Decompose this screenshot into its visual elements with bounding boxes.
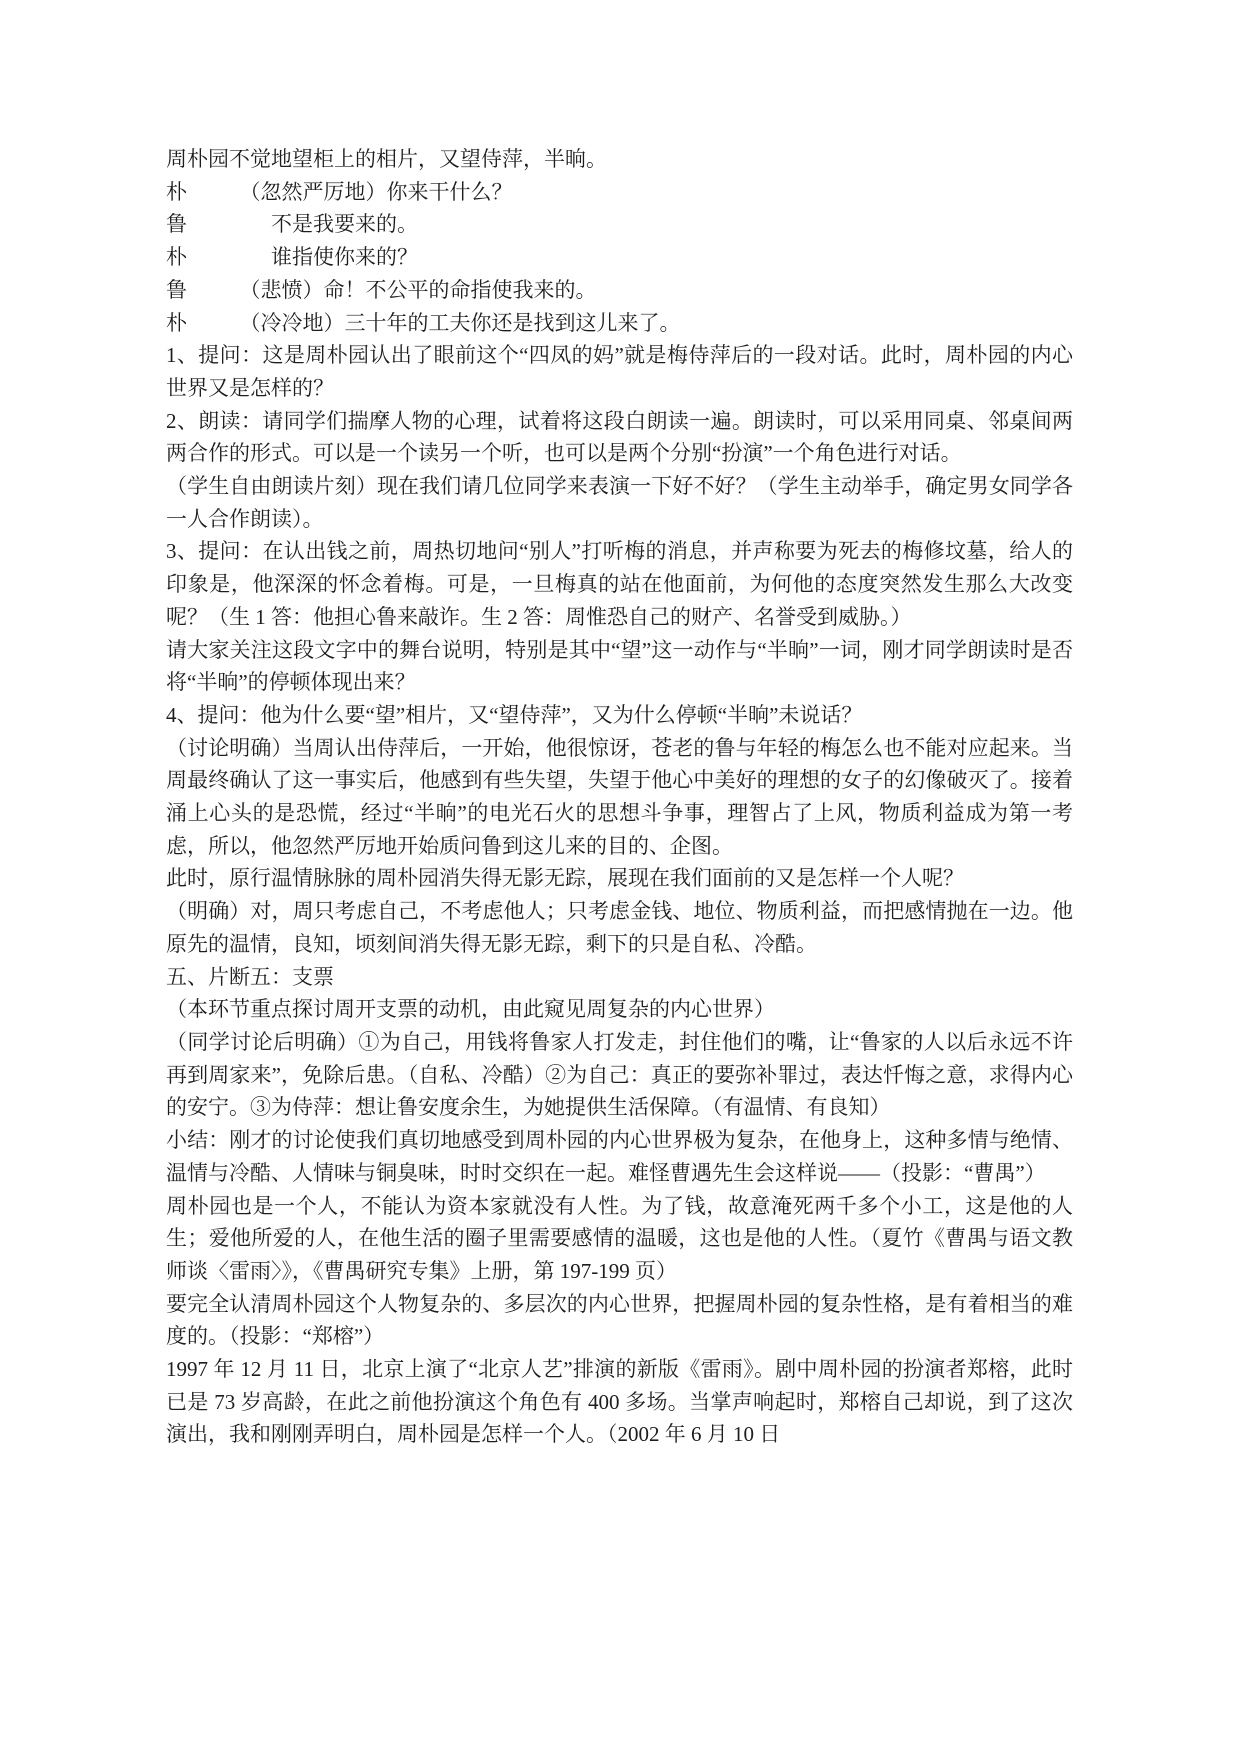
discussion-clarification: （讨论明确）当周认出侍萍后，一开始，他很惊讶，苍老的鲁与年轻的梅怎么也不能对应起… (166, 732, 1073, 863)
classroom-note: （学生自由朗读片刻）现在我们请几位同学来表演一下好不好？（学生主动举手，确定男女… (166, 470, 1073, 535)
question-item-1: 1、提问：这是周朴园认出了眼前这个“四凤的妈”就是梅侍萍后的一段对话。此时，周朴… (166, 339, 1073, 404)
dialogue-line-lu-2: 鲁 （悲愤）命！不公平的命指使我来的。 (166, 274, 1073, 307)
stage-direction: 周朴园不觉地望柜上的相片，又望侍萍，半晌。 (166, 143, 1073, 176)
stage-direction-prompt: 请大家关注这段文字中的舞台说明，特别是其中“望”这一动作与“半晌”一词，刚才同学… (166, 634, 1073, 699)
section-purpose-note: （本环节重点探讨周开支票的动机，由此窥见周复杂的内心世界） (166, 993, 1073, 1026)
zhengrong-anecdote: 1997 年 12 月 11 日，北京上演了“北京人艺”排演的新版《雷雨》。剧中… (166, 1353, 1073, 1451)
teacher-clarification: （明确）对，周只考虑自己，不考虑他人；只考虑金钱、地位、物质利益，而把感情抛在一… (166, 895, 1073, 960)
dialogue-line-pu-3: 朴 （冷冷地）三十年的工夫你还是找到这儿来了。 (166, 307, 1073, 340)
transition-question: 此时，原行温情脉脉的周朴园消失得无影无踪，展现在我们面前的又是怎样一个人呢？ (166, 862, 1073, 895)
lesson-summary: 小结：刚才的讨论使我们真切地感受到周朴园的内心世界极为复杂，在他身上，这种多情与… (166, 1124, 1073, 1189)
document-page: 周朴园不觉地望柜上的相片，又望侍萍，半晌。 朴 （忽然严厉地）你来干什么？ 鲁 … (0, 0, 1241, 1754)
dialogue-line-pu-1: 朴 （忽然严厉地）你来干什么？ (166, 176, 1073, 209)
discussion-points-list: （同学讨论后明确）①为自己，用钱将鲁家人打发走，封住他们的嘴，让“鲁家的人以后永… (166, 1026, 1073, 1124)
dialogue-line-lu-1: 鲁 不是我要来的。 (166, 208, 1073, 241)
question-item-4: 4、提问：他为什么要“望”相片，又“望侍萍”，又为什么停顿“半晌”未说话？ (166, 699, 1073, 732)
question-item-3: 3、提问：在认出钱之前，周热切地问“别人”打听梅的消息，并声称要为死去的梅修坟墓… (166, 535, 1073, 633)
difficulty-note: 要完全认清周朴园这个人物复杂的、多层次的内心世界，把握周朴园的复杂性格，是有着相… (166, 1288, 1073, 1353)
document-body: 周朴园不觉地望柜上的相片，又望侍萍，半晌。 朴 （忽然严厉地）你来干什么？ 鲁 … (166, 143, 1073, 1451)
section-heading-five: 五、片断五：支票 (166, 961, 1073, 994)
dialogue-line-pu-2: 朴 谁指使你来的？ (166, 241, 1073, 274)
caoyu-quote: 周朴园也是一个人，不能认为资本家就没有人性。为了钱，故意淹死两千多个小工，这是他… (166, 1190, 1073, 1288)
reading-activity-item-2: 2、朗读：请同学们揣摩人物的心理，试着将这段白朗读一遍。朗读时，可以采用同桌、邻… (166, 405, 1073, 470)
